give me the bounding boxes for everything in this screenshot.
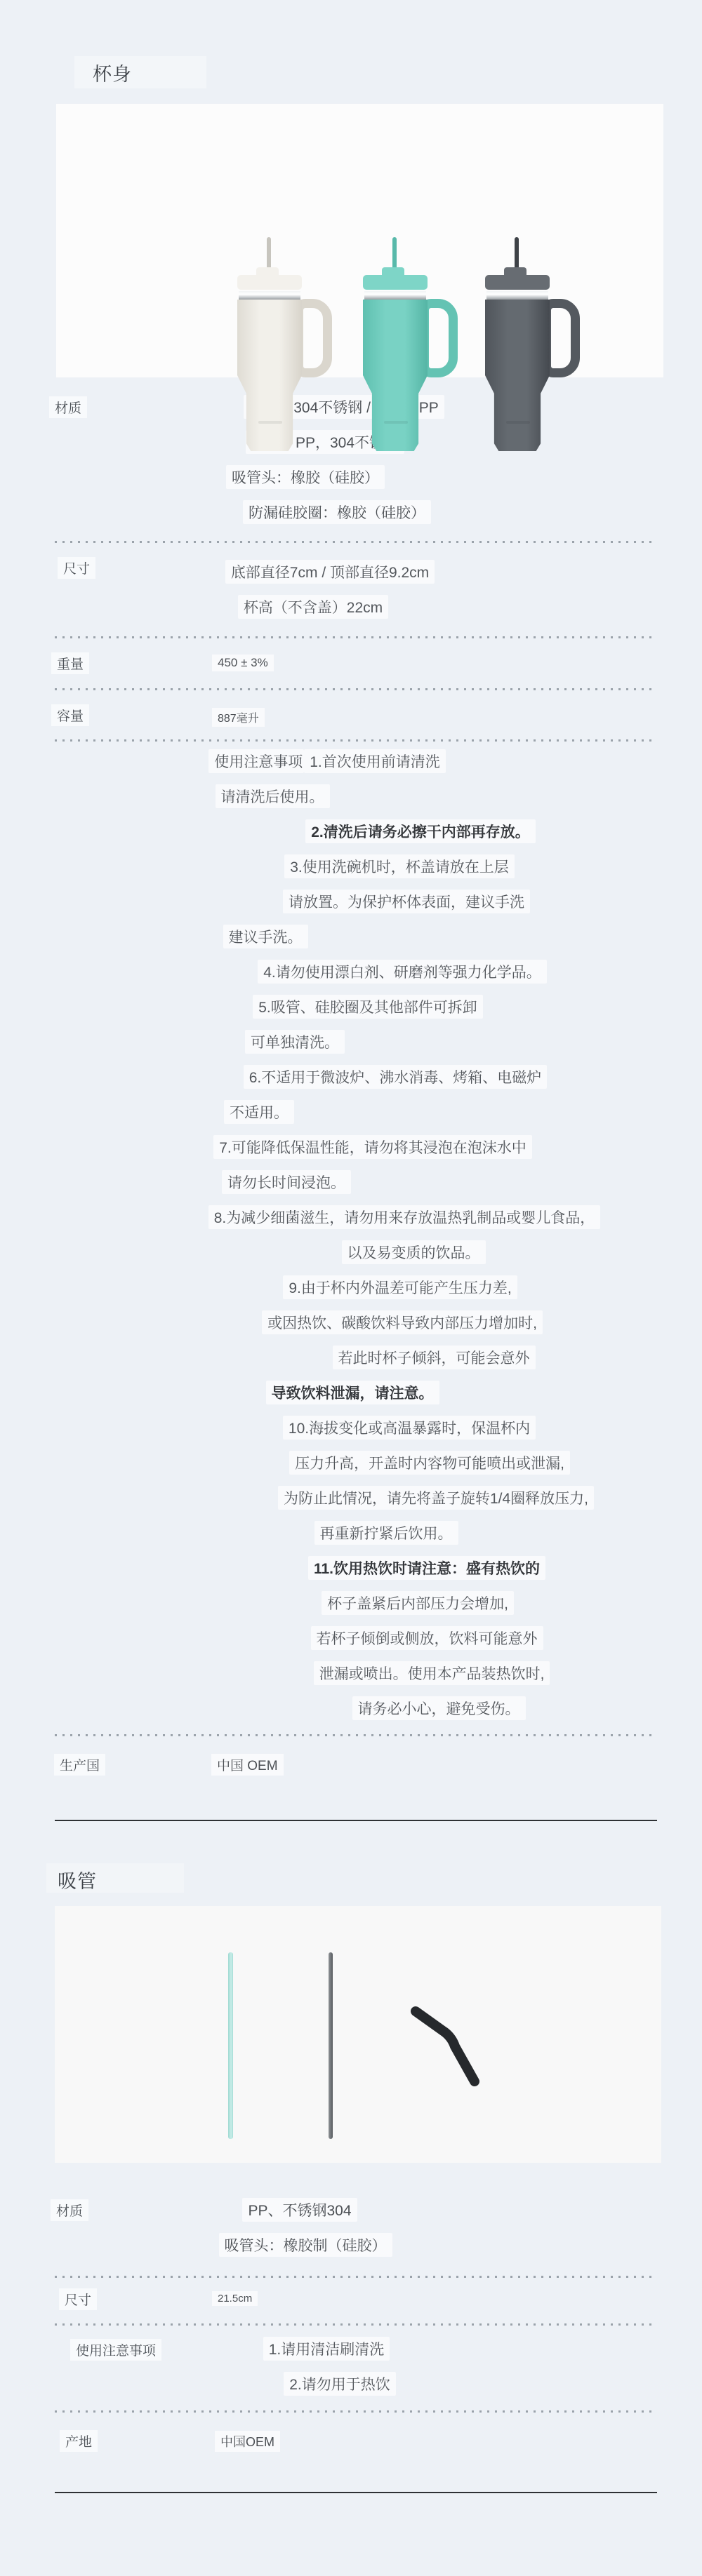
spec-label-size: 尺寸 — [59, 2288, 97, 2310]
usage-note-line: 导致饮料泄漏，请注意。 — [70, 1375, 632, 1410]
usage-note-line: 若杯子倾倒或侧放，饮料可能意外 — [70, 1621, 632, 1656]
product-spec-page: 杯身 材质 杯身：30 — [0, 0, 702, 2576]
tumbler-brand-mark — [384, 421, 408, 424]
spec-values-material: PP、不锈钢304吸管头：橡胶制（硅胶） — [70, 2192, 632, 2262]
text: 或因热饮、碳酸饮料导致内部压力增加时, — [262, 1310, 543, 1334]
spec-values-size: 底部直径7cm / 顶部直径9.2cm杯高（不含盖）22cm — [70, 554, 632, 624]
usage-note-line: 7.可能降低保温性能，请勿将其浸泡在泡沫水中 — [70, 1129, 632, 1165]
text: 吸管头：橡胶制（硅胶） — [219, 2233, 392, 2257]
text: 压力升高，开盖时内容物可能喷出或泄漏, — [289, 1451, 570, 1475]
tumbler-lid — [485, 275, 550, 290]
dotted-divider — [55, 636, 657, 638]
dotted-divider — [55, 2323, 657, 2326]
spec-value-origin-country: 中国 OEM — [211, 1754, 284, 1776]
usage-note-line: 3.使用洗碗机时，杯盖请放在上层 — [70, 849, 632, 884]
text: 1.首次使用前请清洗 — [304, 749, 446, 773]
usage-note-line: 或因热饮、碳酸饮料导致内部压力增加时, — [70, 1305, 632, 1340]
tumbler-body — [485, 300, 550, 451]
text: 请勿长时间浸泡。 — [222, 1170, 351, 1194]
spec-label-weight: 重量 — [51, 652, 89, 674]
dotted-divider — [55, 541, 657, 543]
gray-straw-image — [329, 1952, 333, 2139]
spec-value: 吸管头：橡胶制（硅胶） — [70, 2227, 632, 2262]
text: 请务必小心，避免受伤。 — [352, 1696, 526, 1720]
spec-value: 吸管：PP，304不锈钢 — [70, 424, 632, 459]
tumbler-straw — [515, 237, 519, 269]
spec-label-origin-country: 生产国 — [54, 1754, 105, 1776]
usage-notes: 1.请用清洁刷清洗2.请勿用于热饮 — [70, 2331, 632, 2401]
usage-note-line: 请务必小心，避免受伤。 — [70, 1691, 632, 1726]
text: PP、不锈钢304 — [242, 2198, 357, 2222]
straw-section-title: 吸管 — [58, 1866, 97, 1893]
text: 杯高（不含盖）22cm — [238, 595, 388, 619]
tumbler-body — [363, 300, 428, 451]
tumbler-body — [237, 300, 302, 451]
tumbler-steel-band — [486, 291, 548, 300]
usage-note-line: 请放置。为保护杯体表面，建议手洗 — [70, 884, 632, 919]
usage-note-line: 使用注意事项1.首次使用前请清洗 — [70, 744, 632, 779]
usage-note-line: 4.请勿使用漂白剂、研磨剂等强力化学品。 — [70, 954, 632, 989]
spec-value-weight: 450 ± 3% — [212, 655, 274, 671]
text: 3.使用洗碗机时，杯盖请放在上层 — [284, 854, 515, 878]
dotted-divider — [55, 688, 657, 690]
text: 4.请勿使用漂白剂、研磨剂等强力化学品。 — [258, 960, 547, 984]
text: 吸管头：橡胶（硅胶） — [226, 465, 385, 489]
text: 2.清洗后请务必擦干内部再存放。 — [305, 819, 536, 843]
text: 以及易变质的饮品。 — [342, 1240, 486, 1264]
usage-note-line: 请勿长时间浸泡。 — [70, 1165, 632, 1200]
text: 不适用。 — [224, 1100, 294, 1124]
tumbler-lid — [237, 275, 302, 290]
spec-value-size: 21.5cm — [212, 2291, 258, 2306]
usage-note-line: 9.由于杯内外温差可能产生压力差, — [70, 1270, 632, 1305]
text: 10.海拔变化或高温暴露时，保温杯内 — [283, 1416, 536, 1440]
dotted-divider — [55, 2410, 657, 2413]
text: 8.为减少细菌滋生，请勿用来存放温热乳制品或婴儿食品， — [208, 1205, 601, 1229]
spec-value: 杯身：304不锈钢 / 杯盖：PP — [70, 389, 632, 424]
usage-note-line: 请清洗后使用。 — [70, 779, 632, 814]
text: 2.请勿用于热饮 — [284, 2372, 396, 2396]
text: 泄漏或喷出。使用本产品装热饮时, — [314, 1661, 550, 1685]
usage-note-line: 1.请用清洁刷清洗 — [70, 2331, 632, 2366]
text: 6.不适用于微波炉、沸水消毒、烤箱、电磁炉 — [244, 1065, 548, 1089]
spec-label-capacity: 容量 — [51, 704, 89, 726]
spec-value: PP、不锈钢304 — [70, 2192, 632, 2227]
text: 为防止此情况，请先将盖子旋转1/4圈释放压力, — [278, 1486, 594, 1510]
usage-note-line: 8.为减少细菌滋生，请勿用来存放温热乳制品或婴儿食品， — [70, 1200, 632, 1235]
cup-product-image-panel — [56, 104, 663, 377]
cup-section-title: 杯身 — [93, 59, 132, 86]
spec-value: 吸管头：橡胶（硅胶） — [70, 459, 632, 495]
text: 导致饮料泄漏，请注意。 — [266, 1381, 439, 1404]
text: 底部直径7cm / 顶部直径9.2cm — [225, 560, 435, 584]
text: 防漏硅胶圈：橡胶（硅胶） — [243, 500, 431, 524]
usage-note-line: 不适用。 — [70, 1094, 632, 1129]
usage-note-line: 2.请勿用于热饮 — [70, 2366, 632, 2401]
spec-value: 防漏硅胶圈：橡胶（硅胶） — [70, 495, 632, 530]
usage-note-line: 2.清洗后请务必擦干内部再存放。 — [70, 814, 632, 849]
usage-note-line: 若此时杯子倾斜，可能会意外 — [70, 1340, 632, 1375]
tumbler-brand-mark — [506, 421, 530, 424]
tumbler-lid — [363, 275, 428, 290]
usage-note-line: 以及易变质的饮品。 — [70, 1235, 632, 1270]
text: 11.饮用热饮时请注意：盛有热饮的 — [308, 1556, 545, 1580]
usage-note-line: 杯子盖紧后内部压力会增加, — [70, 1585, 632, 1621]
text: 请清洗后使用。 — [216, 784, 330, 808]
text: 1.请用清洁刷清洗 — [263, 2337, 390, 2361]
bent-straw-tip-image — [399, 1996, 504, 2094]
text: 若杯子倾倒或侧放，饮料可能意外 — [311, 1626, 543, 1650]
tumbler-steel-band — [239, 291, 300, 300]
usage-note-line: 为防止此情况，请先将盖子旋转1/4圈释放压力, — [70, 1480, 632, 1515]
spec-value: 底部直径7cm / 顶部直径9.2cm — [70, 554, 632, 589]
usage-notes: 使用注意事项1.首次使用前请清洗请清洗后使用。2.清洗后请务必擦干内部再存放。3… — [70, 744, 632, 1726]
dotted-divider — [55, 2276, 657, 2278]
text: 9.由于杯内外温差可能产生压力差, — [283, 1275, 517, 1299]
usage-note-line: 10.海拔变化或高温暴露时，保温杯内 — [70, 1410, 632, 1445]
usage-note-line: 5.吸管、硅胶圈及其他部件可拆卸 — [70, 989, 632, 1024]
dotted-divider — [55, 739, 657, 742]
tumbler-straw — [267, 237, 271, 269]
notes-label: 使用注意事项 — [208, 749, 304, 773]
text: 可单独清洗。 — [245, 1030, 345, 1054]
text: 杯子盖紧后内部压力会增加, — [322, 1591, 514, 1615]
text: 5.吸管、硅胶圈及其他部件可拆卸 — [253, 995, 483, 1019]
tumbler-brand-mark — [258, 421, 282, 424]
dotted-divider — [55, 1734, 657, 1736]
section-divider — [55, 1820, 657, 1821]
text: 建议手洗。 — [223, 925, 308, 948]
spec-values-material: 杯身：304不锈钢 / 杯盖：PP吸管：PP，304不锈钢吸管头：橡胶（硅胶）防… — [70, 389, 632, 530]
usage-note-line: 压力升高，开盖时内容物可能喷出或泄漏, — [70, 1445, 632, 1480]
text: 再重新拧紧后饮用。 — [314, 1521, 458, 1545]
spec-value: 杯高（不含盖）22cm — [70, 589, 632, 624]
usage-note-line: 6.不适用于微波炉、沸水消毒、烤箱、电磁炉 — [70, 1059, 632, 1094]
usage-note-line: 再重新拧紧后饮用。 — [70, 1515, 632, 1550]
teal-straw-image — [228, 1952, 233, 2139]
straw-product-image-panel — [55, 1906, 661, 2163]
usage-note-line: 建议手洗。 — [70, 919, 632, 954]
spec-value-capacity: 887毫升 — [212, 708, 265, 727]
section-divider — [55, 2492, 657, 2493]
text: 7.可能降低保温性能，请勿将其浸泡在泡沫水中 — [213, 1135, 532, 1159]
usage-note-line: 11.饮用热饮时请注意：盛有热饮的 — [70, 1550, 632, 1585]
text: 请放置。为保护杯体表面，建议手洗 — [283, 890, 530, 913]
spec-label-origin: 产地 — [60, 2430, 98, 2452]
tumbler-straw — [392, 237, 397, 269]
usage-note-line: 可单独清洗。 — [70, 1024, 632, 1059]
text: 若此时杯子倾斜，可能会意外 — [333, 1346, 536, 1369]
usage-note-line: 泄漏或喷出。使用本产品装热饮时, — [70, 1656, 632, 1691]
spec-value-origin: 中国OEM — [215, 2431, 280, 2452]
tumbler-steel-band — [364, 291, 426, 300]
